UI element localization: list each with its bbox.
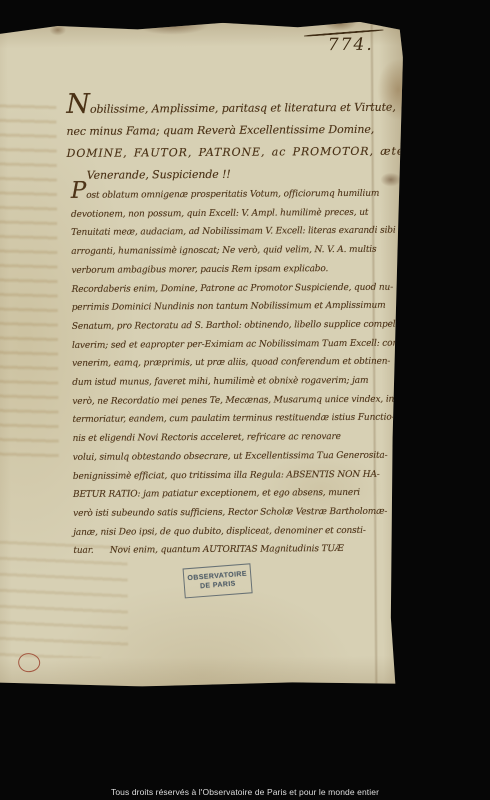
body-line: tuar. Novi enim, quantum AUTORITAS Magni…	[73, 540, 406, 561]
body-line: benignissimè efficiat, quo tritissima il…	[73, 465, 406, 486]
body-line: verò, ne Recordatio mei penes Te, Mecæna…	[72, 390, 405, 411]
body-line: termoriatur, eandem, cum paulatim termin…	[72, 409, 405, 430]
body-line: Post oblatum omnigenæ prosperitatis Votu…	[71, 180, 404, 206]
body-line: BETUR RATIO: jam patiatur exceptionem, e…	[73, 484, 406, 505]
salutation-line: DOMINE, FAUTOR, PATRONE, ac PROMOTOR, æt…	[67, 141, 404, 165]
salutation-line: nec minus Fama; quam Reverà Excellentiss…	[66, 119, 403, 143]
body-line: Tenuitati meæ, audaciam, ad Nobilissimam…	[71, 222, 404, 243]
body-line: laverim; sed et eapropter per-Eximiam ac…	[72, 334, 405, 355]
scan-background: 774. Nobilissime, Amplissime, paritasq e…	[0, 0, 490, 800]
observatoire-stamp: OBSERVATOIRE DE PARIS	[183, 563, 253, 598]
body-line: janæ, nisi Deo ipsi, de quo dubito, disp…	[73, 521, 406, 542]
body-line: venerim, eamq, præprimis, ut præ aliis, …	[72, 353, 405, 374]
copyright-caption: Tous droits réservés à l'Observatoire de…	[0, 787, 490, 797]
body-line: volui, simulq obtestando obsecrare, ut E…	[73, 446, 406, 467]
body-line: perrimis Dominici Nundinis non tantum No…	[72, 297, 405, 318]
body-line: verborum ambagibus morer, paucis Rem ips…	[71, 259, 404, 280]
letter-body: Post oblatum omnigenæ prosperitatis Votu…	[0, 180, 406, 562]
salutation-block: Nobilissime, Amplissime, paritasq et lit…	[0, 92, 404, 188]
page-number: 774.	[304, 32, 384, 56]
body-line: dum istud munus, faveret mihi, humilimè …	[72, 372, 405, 393]
body-line: devotionem, non possum, quin Excell: V. …	[71, 203, 404, 224]
body-line: verò isti subeundo satis sufficiens, Rec…	[73, 503, 406, 524]
body-line: Senatum, pro Rectoratu ad S. Barthol: ob…	[72, 315, 405, 336]
page-number-text: 774.	[328, 35, 374, 55]
body-line: arroganti, humanissimè ignoscat; Ne verò…	[71, 241, 404, 262]
salutation-line: Nobilissime, Amplissime, paritasq et lit…	[66, 92, 403, 121]
body-line: nis et eligendi Novi Rectoris acceleret,…	[73, 428, 406, 449]
manuscript-page: 774. Nobilissime, Amplissime, paritasq e…	[0, 18, 407, 689]
body-line: Recordaberis enim, Domine, Patrone ac Pr…	[71, 278, 404, 299]
